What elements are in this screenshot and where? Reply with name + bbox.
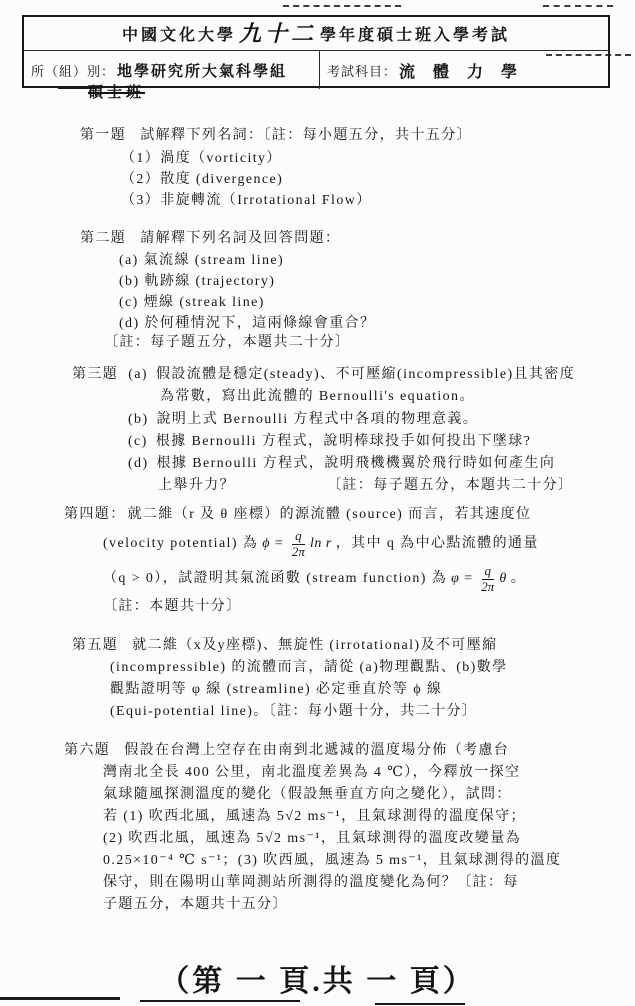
question-5-number: 第五題 xyxy=(72,638,118,653)
question-2-item-a: (a) 氣流線 (stream line) xyxy=(119,251,284,271)
question-4-line2-post: ，其中 q 為中心點流體的通量 xyxy=(336,534,539,554)
scan-artifact-line xyxy=(140,1000,300,1002)
formula-2-numerator: q xyxy=(482,564,495,580)
question-4-heading: 第四題：就二維（r 及 θ 座標）的源流體 (source) 而言，若其速度位 xyxy=(64,505,531,525)
question-6-heading: 第六題假設在台灣上空存在由南到北遞減的溫度場分佈（考慮台 xyxy=(64,741,509,761)
question-6-line7: 保守，則在陽明山華岡測站所測得的溫度變化為何？〔註：每 xyxy=(103,873,519,893)
exam-title-rest: 學年度碩士班入學考試 xyxy=(320,22,510,45)
question-5-line1: 就二維（x及y座標)、無旋性 (irrotational)及不可壓縮 xyxy=(132,638,497,653)
formula-1-numerator: q xyxy=(292,529,305,545)
question-3-d-line2: 上舉升力？ xyxy=(158,476,235,496)
question-5-line4: (Equi-potential line)。〔註：每小題十分，共二十分〕 xyxy=(110,702,477,722)
question-6-line2: 灣南北全長 400 公里，南北溫度差異為 4 ℃），今釋放一探空 xyxy=(103,763,520,783)
question-3-a-label: (a) xyxy=(128,367,148,382)
question-4-line3: （q > 0），試證明其氣流函數 (stream function) 為 φ =… xyxy=(103,564,526,595)
struck-out-text: 碩士班 xyxy=(88,81,145,102)
question-3-d-label: (d) xyxy=(128,456,149,471)
question-6-line1: 假設在台灣上空存在由南到北遞減的溫度場分佈（考慮台 xyxy=(124,743,509,758)
question-6-line4: 若 (1) 吹西北風，風速為 5√2 ms⁻¹，且氣球測得的溫度保守； xyxy=(103,807,526,827)
header-box: 中國文化大學 九十二 學年度碩士班入學考試 所（組）別： 地學研究所大氣科學組 … xyxy=(22,15,610,88)
question-4-line2: (velocity potential) 為 ϕ = q 2π ln r ，其中… xyxy=(103,529,539,560)
question-6-line3: 氣球隨風探測溫度的變化（假設無垂直方向之變化），試問： xyxy=(103,785,512,805)
subject-value: 流 體 力 學 xyxy=(399,59,524,82)
question-3-c-text: 根據 Bernoulli 方程式，說明棒球投手如何投出下墜球? xyxy=(156,434,532,449)
question-4-number: 第四題： xyxy=(64,507,126,522)
exam-title: 中國文化大學 九十二 學年度碩士班入學考試 xyxy=(24,17,608,51)
formula-1-tail: ln r xyxy=(310,534,332,554)
question-4-line2-pre: (velocity potential) 為 xyxy=(103,534,258,554)
question-4-line3-post: 。 xyxy=(511,569,526,589)
question-3-item-c: (c)根據 Bernoulli 方程式，說明棒球投手如何投出下墜球? xyxy=(128,432,531,452)
formula-1-lhs: ϕ = xyxy=(262,534,284,554)
question-6-line5: (2) 吹西北風，風速為 5√2 ms⁻¹，且氣球測得的溫度改變量為 xyxy=(103,829,521,849)
formula-1-fraction: q 2π xyxy=(291,529,306,560)
question-1-intro: 試解釋下列名詞：〔註：每小題五分，共十五分〕 xyxy=(140,128,472,143)
question-6-line8: 子題五分，本題共十五分〕 xyxy=(103,895,288,915)
formula-2-denominator: 2π xyxy=(480,580,495,595)
question-1-number: 第一題 xyxy=(80,128,126,143)
formula-1-denominator: 2π xyxy=(291,545,306,560)
question-2-note: 〔註：每子題五分，本題共二十分〕 xyxy=(104,333,350,353)
question-2-item-d: (d) 於何種情況下，這兩條線會重合？ xyxy=(119,314,375,334)
formula-2-fraction: q 2π xyxy=(480,564,495,595)
question-4-note: 〔註：本題共十分〕 xyxy=(103,597,242,617)
question-2-heading: 第二題請解釋下列名詞及回答問題： xyxy=(80,229,340,249)
question-3-b-label: (b) xyxy=(128,412,149,427)
department-label: 所（組）別： xyxy=(31,61,115,80)
question-6-line6: 0.25×10⁻⁴ ℃ s⁻¹；(3) 吹西風，風速為 5 ms⁻¹，且氣球測得… xyxy=(103,851,561,871)
question-3-number: 第三題 xyxy=(72,367,118,382)
question-3-a-line2: 為常數，寫出此流體的 Bernoulli's equation。 xyxy=(160,387,475,407)
question-3-item-d: (d)根據 Bernoulli 方程式，說明飛機機翼於飛行時如何產生向 xyxy=(128,454,555,474)
question-1-heading: 第一題試解釋下列名詞：〔註：每小題五分，共十五分〕 xyxy=(80,126,472,146)
question-1-item-1: （1）渦度（vorticity） xyxy=(121,149,282,169)
question-3-a-line1: 假設流體是穩定(steady)、不可壓縮(incompressible)且其密度 xyxy=(156,367,575,382)
scan-artifact-line xyxy=(0,997,120,1000)
question-3-d-line1: 根據 Bernoulli 方程式，說明飛機機翼於飛行時如何產生向 xyxy=(157,456,556,471)
question-4-line3-pre: （q > 0），試證明其氣流函數 (stream function) 為 xyxy=(103,569,447,589)
question-4-line1: 就二維（r 及 θ 座標）的源流體 (source) 而言，若其速度位 xyxy=(128,507,532,522)
scan-artifact-dash xyxy=(283,5,401,7)
exam-title-university: 中國文化大學 xyxy=(122,22,236,45)
department-cell: 所（組）別： 地學研究所大氣科學組 xyxy=(24,51,320,89)
scan-artifact-line xyxy=(375,1003,465,1005)
question-3-b-text: 說明上式 Bernoulli 方程式中各項的物理意義。 xyxy=(157,412,479,427)
question-1-item-2: （2）散度 (divergence) xyxy=(121,170,283,190)
question-3-note: 〔註：每子題五分，本題共二十分〕 xyxy=(327,476,573,496)
question-2-intro: 請解釋下列名詞及回答問題： xyxy=(140,231,340,246)
scan-artifact-dash xyxy=(543,5,613,7)
question-1-item-3: （3）非旋轉流（Irrotational Flow） xyxy=(121,191,372,211)
question-3-heading: 第三題(a)假設流體是穩定(steady)、不可壓縮(incompressibl… xyxy=(72,365,575,385)
question-3-c-label: (c) xyxy=(128,434,148,449)
question-2-item-c: (c) 煙線 (streak line) xyxy=(119,293,265,313)
department-value: 地學研究所大氣科學組 xyxy=(117,60,287,81)
question-5-line2: (incompressible) 的流體而言，請從 (a)物理觀點、(b)數學 xyxy=(110,658,508,678)
question-2-item-b: (b) 軌跡線 (trajectory) xyxy=(119,272,275,292)
question-5-heading: 第五題就二維（x及y座標)、無旋性 (irrotational)及不可壓縮 xyxy=(72,636,498,656)
question-2-number: 第二題 xyxy=(80,231,126,246)
formula-2-tail: θ xyxy=(499,569,506,589)
subject-label: 考試科目： xyxy=(327,61,397,80)
question-3-item-b: (b)說明上式 Bernoulli 方程式中各項的物理意義。 xyxy=(128,410,478,430)
formula-2-lhs: φ = xyxy=(451,569,473,589)
page-number-footer: （第 一 頁.共 一 頁） xyxy=(0,956,635,1000)
question-6-number: 第六題 xyxy=(64,743,110,758)
subject-cell: 考試科目： 流 體 力 學 xyxy=(320,51,608,89)
exam-document-page: 中國文化大學 九十二 學年度碩士班入學考試 所（組）別： 地學研究所大氣科學組 … xyxy=(0,0,635,1006)
exam-title-year-script: 九十二 xyxy=(239,23,317,45)
question-5-line3: 觀點證明等 φ 線 (streamline) 必定垂直於等 ϕ 線 xyxy=(110,680,442,700)
